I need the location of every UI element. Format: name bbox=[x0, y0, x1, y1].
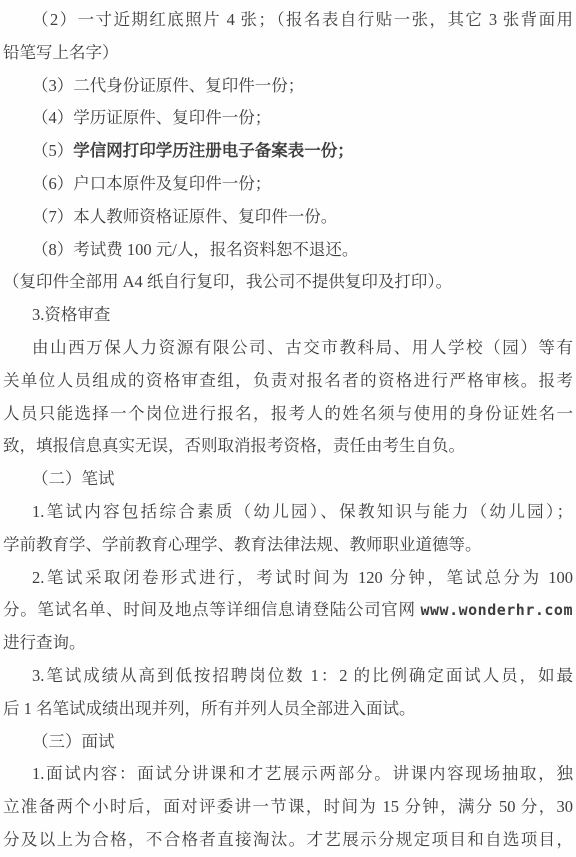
text-segment: 铅笔写上名字） bbox=[3, 43, 119, 62]
text-line: 进行查询。 bbox=[3, 627, 573, 660]
text-segment: （复印件全部用 A4 纸自行复印，我公司不提供复印及打印）。 bbox=[3, 272, 452, 291]
text-line: （2）一寸近期红底照片 4 张；（报名表自行贴一张，其它 3 张背面用 bbox=[3, 4, 573, 37]
text-line: 学前教育学、学前教育心理学、教育法律法规、教师职业道德等。 bbox=[3, 529, 573, 562]
document-body: （2）一寸近期红底照片 4 张；（报名表自行贴一张，其它 3 张背面用铅笔写上名… bbox=[3, 4, 573, 857]
text-line: 1.笔试内容包括综合素质（幼儿园）、保教知识与能力（幼儿园）； bbox=[3, 496, 573, 529]
text-segment: 致，填报信息真实无误，否则取消报考资格，责任由考生自负。 bbox=[3, 436, 465, 455]
text-line: （6）户口本原件及复印件一份； bbox=[3, 168, 573, 201]
text-line: （二）笔试 bbox=[3, 463, 573, 496]
text-segment: 人员只能选择一个岗位进行报名，报考人的姓名须与使用的身份证姓名一 bbox=[3, 404, 573, 423]
bold-text-segment: 学信网打印学历注册电子备案表一份； bbox=[73, 141, 354, 160]
document-page: （2）一寸近期红底照片 4 张；（报名表自行贴一张，其它 3 张背面用铅笔写上名… bbox=[0, 0, 576, 857]
text-segment: 分。笔试名单、时间及地点等详细信息请登陆公司官网 bbox=[3, 600, 421, 619]
text-segment: （7）本人教师资格证原件、复印件一份。 bbox=[32, 207, 337, 226]
text-line: 人员只能选择一个岗位进行报名，报考人的姓名须与使用的身份证姓名一 bbox=[3, 398, 573, 431]
text-segment: （8）考试费 100 元/人，报名资料恕不退还。 bbox=[32, 240, 358, 259]
text-segment: （三）面试 bbox=[32, 732, 115, 751]
text-line: （三）面试 bbox=[3, 726, 573, 759]
text-segment: 3.笔试成绩从高到低按招聘岗位数 1：2 的比例确定面试人员，如最 bbox=[32, 666, 573, 685]
text-line: （8）考试费 100 元/人，报名资料恕不退还。 bbox=[3, 234, 573, 267]
text-line: 1.面试内容：面试分讲课和才艺展示两部分。讲课内容现场抽取，独 bbox=[3, 758, 573, 791]
text-line: （7）本人教师资格证原件、复印件一份。 bbox=[3, 201, 573, 234]
text-segment: 进行查询。 bbox=[3, 633, 86, 652]
text-segment: 关单位人员组成的资格审查组，负责对报名者的资格进行严格审核。报考 bbox=[3, 371, 573, 390]
text-line: 3.笔试成绩从高到低按招聘岗位数 1：2 的比例确定面试人员，如最 bbox=[3, 660, 573, 693]
text-segment: 分及以上为合格，不合格者直接淘汰。才艺展示分规定项目和自选项目， bbox=[3, 830, 573, 849]
text-line: （复印件全部用 A4 纸自行复印，我公司不提供复印及打印）。 bbox=[3, 266, 573, 299]
text-segment: 立准备两个小时后，面对评委讲一节课，时间为 15 分钟，满分 50 分，30 bbox=[3, 797, 573, 816]
text-segment: 1.笔试内容包括综合素质（幼儿园）、保教知识与能力（幼儿园）； bbox=[32, 502, 573, 521]
text-segment: 学前教育学、学前教育心理学、教育法律法规、教师职业道德等。 bbox=[3, 535, 482, 554]
text-line: （3）二代身份证原件、复印件一份； bbox=[3, 70, 573, 103]
text-line: 关单位人员组成的资格审查组，负责对报名者的资格进行严格审核。报考 bbox=[3, 365, 573, 398]
text-segment: 后 1 名笔试成绩出现并列，所有并列人员全部进入面试。 bbox=[3, 699, 416, 718]
text-segment: （3）二代身份证原件、复印件一份； bbox=[32, 76, 304, 95]
text-line: 由山西万保人力资源有限公司、古交市教科局、用人学校（园）等有 bbox=[3, 332, 573, 365]
text-segment: 由山西万保人力资源有限公司、古交市教科局、用人学校（园）等有 bbox=[32, 338, 573, 357]
text-line: 分及以上为合格，不合格者直接淘汰。才艺展示分规定项目和自选项目， bbox=[3, 824, 573, 857]
text-segment: 1.面试内容：面试分讲课和才艺展示两部分。讲课内容现场抽取，独 bbox=[32, 764, 573, 783]
text-line: 2.笔试采取闭卷形式进行，考试时间为 120 分钟，笔试总分为 100 bbox=[3, 562, 573, 595]
text-line: （4）学历证原件、复印件一份； bbox=[3, 102, 573, 135]
text-line: 致，填报信息真实无误，否则取消报考资格，责任由考生自负。 bbox=[3, 430, 573, 463]
text-line: 后 1 名笔试成绩出现并列，所有并列人员全部进入面试。 bbox=[3, 693, 573, 726]
text-line: 分。笔试名单、时间及地点等详细信息请登陆公司官网 www.wonderhr.co… bbox=[3, 594, 573, 627]
text-line: （5）学信网打印学历注册电子备案表一份； bbox=[3, 135, 573, 168]
text-segment: 2.笔试采取闭卷形式进行，考试时间为 120 分钟，笔试总分为 100 bbox=[32, 568, 573, 587]
text-segment: （6）户口本原件及复印件一份； bbox=[32, 174, 271, 193]
text-line: 铅笔写上名字） bbox=[3, 37, 573, 70]
website-url-text: www.wonderhr.com bbox=[421, 601, 574, 619]
text-line: 3.资格审查 bbox=[3, 299, 573, 332]
text-segment: 3.资格审查 bbox=[32, 305, 110, 324]
text-line: 立准备两个小时后，面对评委讲一节课，时间为 15 分钟，满分 50 分，30 bbox=[3, 791, 573, 824]
text-segment: （4）学历证原件、复印件一份； bbox=[32, 108, 271, 127]
text-segment: （二）笔试 bbox=[32, 469, 115, 488]
text-segment: （5） bbox=[32, 141, 73, 160]
text-segment: （2）一寸近期红底照片 4 张；（报名表自行贴一张，其它 3 张背面用 bbox=[32, 10, 573, 29]
